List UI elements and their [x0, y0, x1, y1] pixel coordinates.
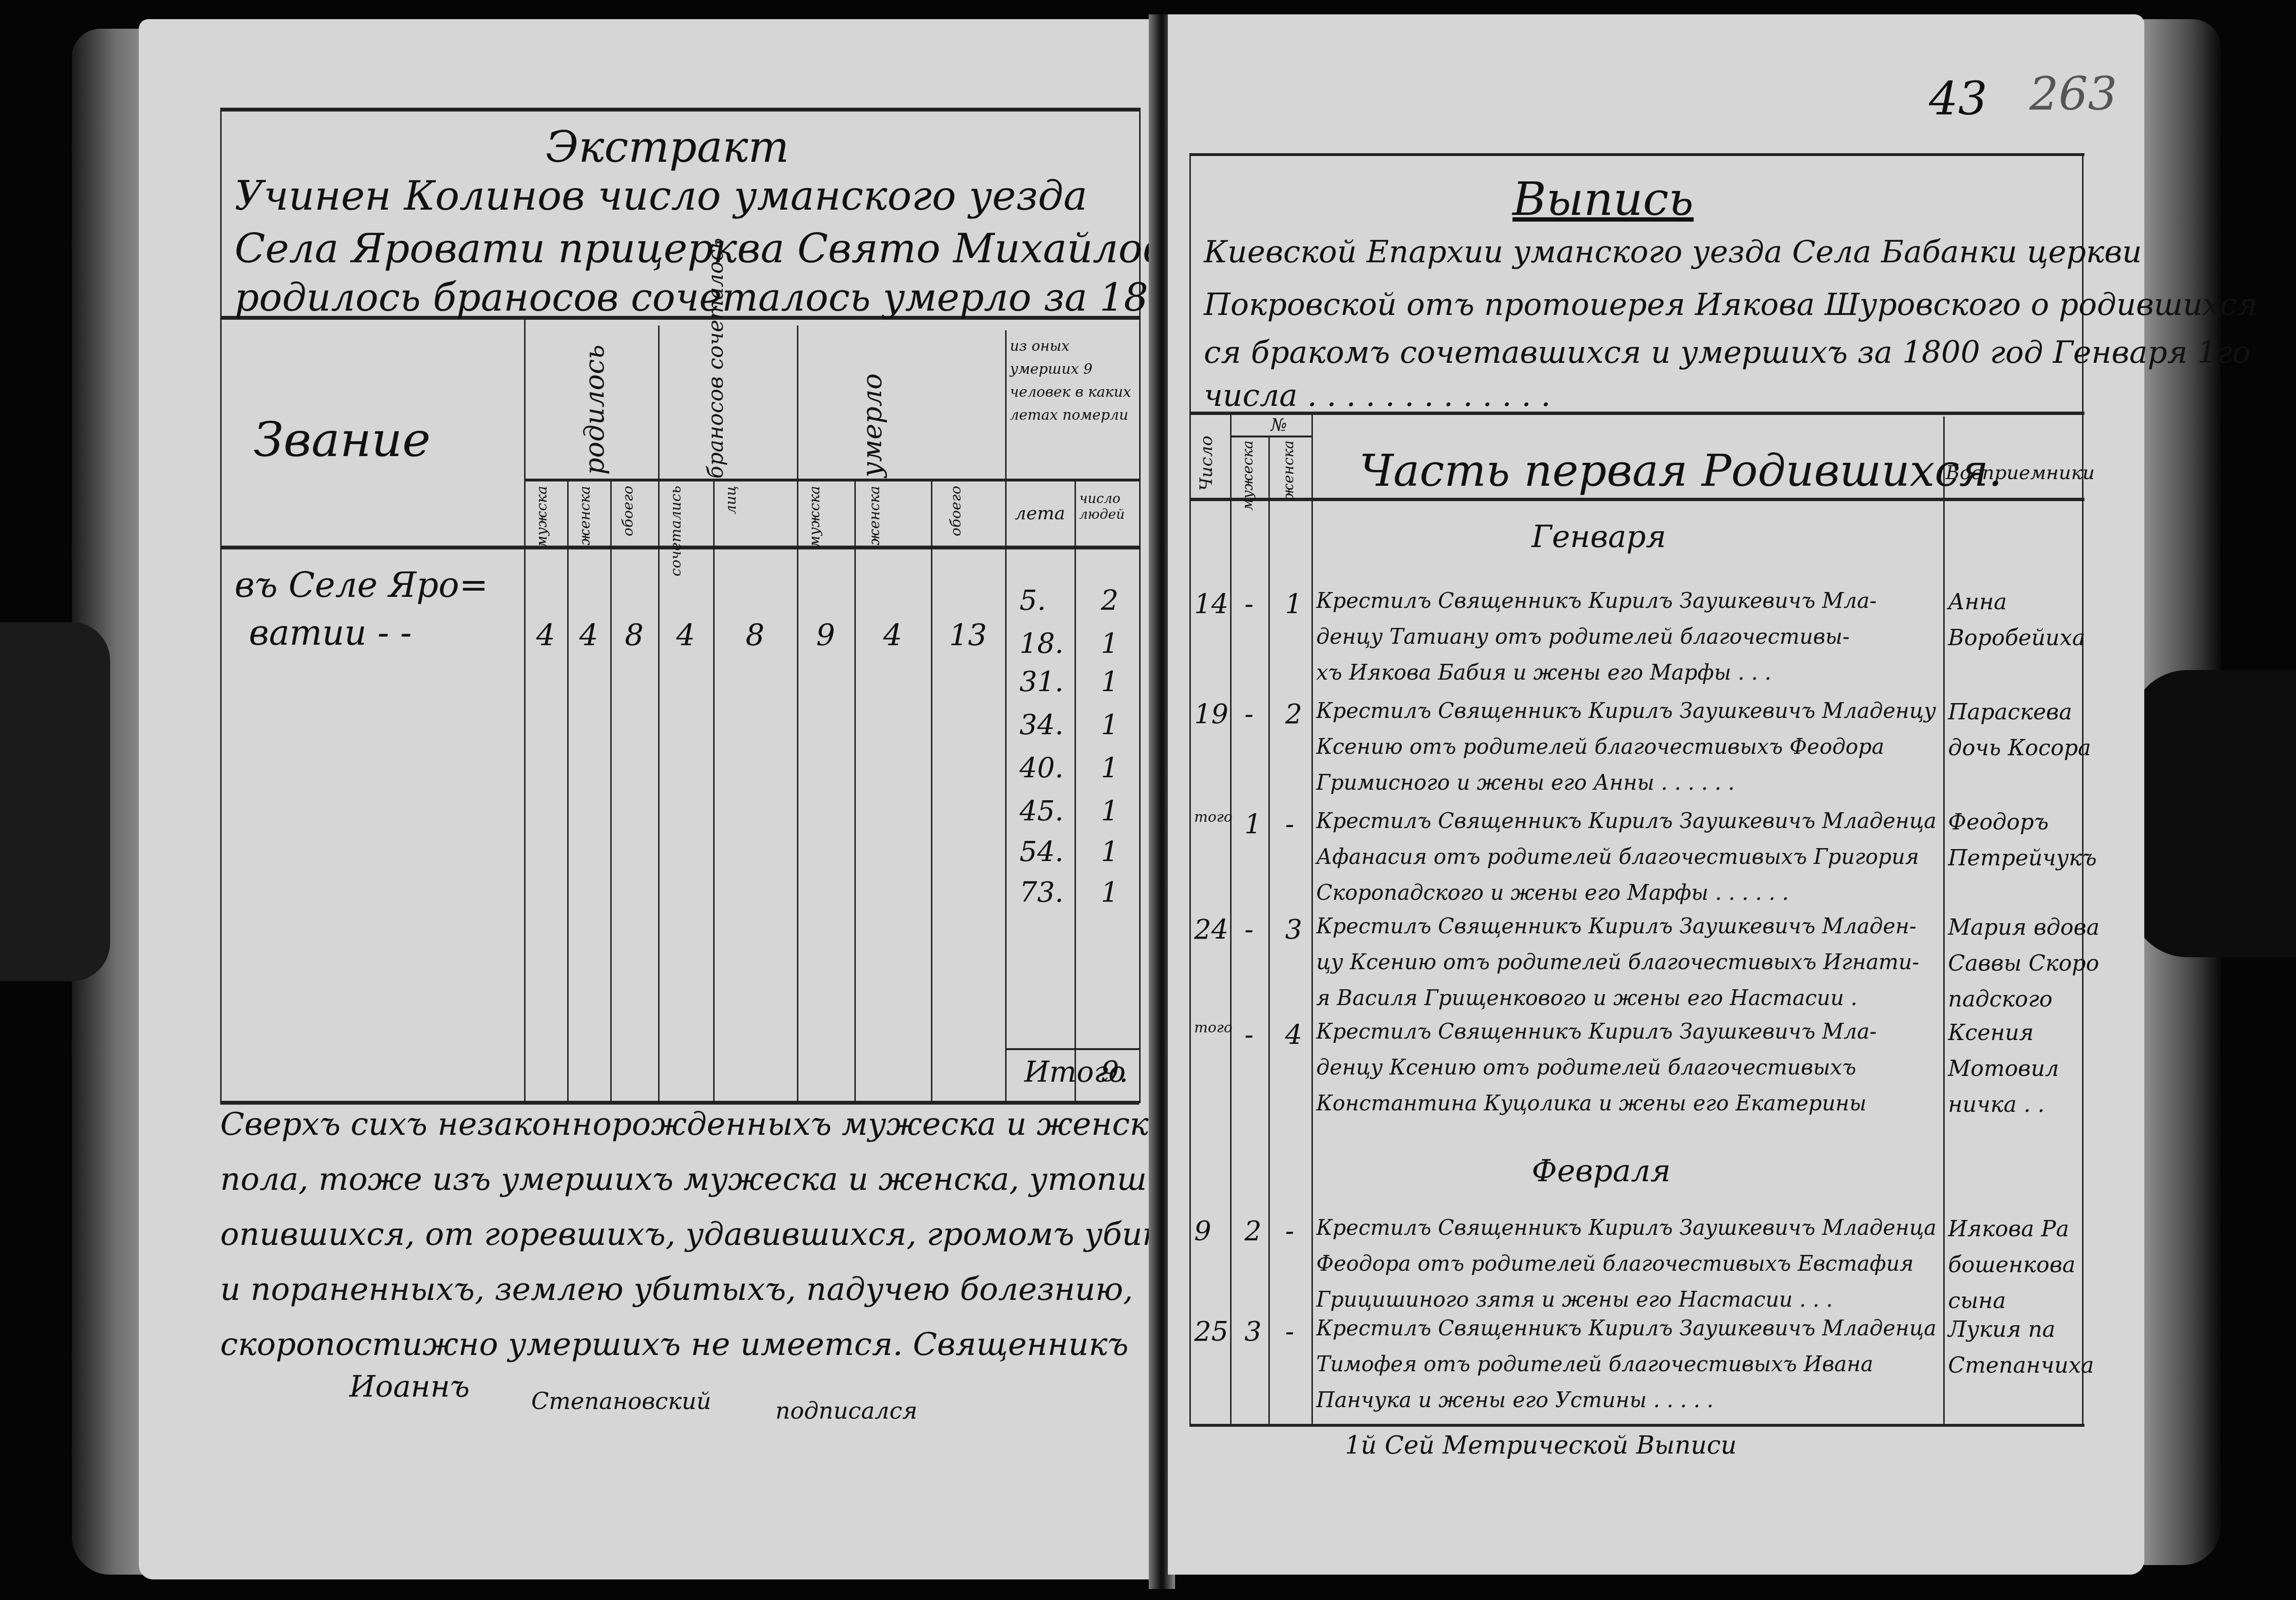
age-count: 1: [1101, 708, 1119, 741]
entry-day: 9: [1194, 1216, 1211, 1247]
entry-godparent-line: Иякова Ра: [1948, 1216, 2069, 1242]
died-female-value: 4: [854, 617, 931, 652]
subheader-died-male: мужска: [806, 486, 823, 548]
age-years: 5.: [1019, 584, 1046, 616]
header-female: женска: [1280, 440, 1297, 500]
entry-male-number: 1: [1244, 809, 1262, 840]
entry-female-number: 3: [1285, 914, 1302, 945]
title-line-2: Покровской отъ протоиерея Иякова Шуровск…: [1204, 287, 2257, 323]
subheader-died-female: женска: [866, 486, 883, 545]
subheader-count: число людей: [1079, 491, 1137, 522]
binding-clip-left: [0, 622, 110, 981]
entry-day: 25: [1194, 1316, 1228, 1347]
entry-male-number: 3: [1244, 1316, 1262, 1347]
title-line-1: Учинен Колинов число уманского уезда: [235, 172, 1087, 219]
title-line-3: родилось браносов сочеталось умерло за 1…: [235, 275, 1276, 320]
entry-text-line: денцу Ксению отъ родителей благочестивых…: [1316, 1055, 1856, 1080]
note-line-1: Сверхъ сихъ незаконнорожденныхъ мужеска …: [220, 1106, 1167, 1142]
born-header: родилось: [579, 345, 610, 475]
header-bottom-line: [1189, 498, 2084, 501]
total-value: 9.: [1101, 1055, 1128, 1089]
entry-godparent-line: падского: [1948, 986, 2052, 1012]
age-count: 1: [1101, 665, 1119, 698]
col-line: [713, 479, 715, 1103]
note-line-3: опившихся, от горевшихъ, удавившихся, гр…: [220, 1216, 1237, 1253]
col-line: [1230, 412, 1232, 1424]
entry-female-number: 2: [1285, 699, 1302, 730]
entry-female-number: -: [1285, 1216, 1294, 1247]
age-years: 34.: [1019, 708, 1064, 741]
married-header: браносов сочеталось: [704, 335, 728, 479]
entry-godparent-line: Саввы Скоро: [1948, 950, 2099, 976]
col-line: [1268, 436, 1270, 1424]
entry-text-line: денцу Татиану отъ родителей благочестивы…: [1316, 625, 1849, 649]
entry-text-line: Крестилъ Священникъ Кирилъ Заушкевичъ Мл…: [1316, 1316, 1937, 1341]
entry-text-line: Константина Куцолика и жены его Екатерин…: [1316, 1091, 1867, 1116]
entry-female-number: 4: [1285, 1019, 1302, 1051]
table-bottom-line: [220, 1101, 1139, 1105]
note-line-5: скоропостижно умершихъ не имеется. Свяще…: [220, 1326, 1129, 1363]
col-line: [524, 318, 526, 1103]
entry-godparent-line: ничка . .: [1948, 1091, 2045, 1117]
entry-text-line: Крестилъ Священникъ Кирилъ Заушкевичъ Мл…: [1316, 809, 1937, 833]
title-line-1: Киевской Епархии уманского уезда Села Ба…: [1204, 235, 2142, 270]
died-male-value: 9: [797, 617, 854, 652]
born-male-value: 4: [524, 617, 567, 652]
col-line: [1005, 330, 1007, 1103]
godparents-header: Восприемники: [1946, 462, 2095, 484]
entry-text-line: Тимофея отъ родителей благочестивыхъ Ива…: [1316, 1352, 1873, 1376]
ages-header: из оных умерших 9 человек в каких летах …: [1010, 335, 1134, 427]
age-count: 2: [1101, 584, 1119, 616]
age-count: 1: [1101, 835, 1119, 868]
col-line: [1311, 412, 1313, 1424]
age-years: 45.: [1019, 794, 1064, 827]
age-count: 1: [1101, 876, 1119, 908]
signature-signed: подписался: [775, 1398, 918, 1424]
entry-text-line: Крестилъ Священникъ Кирилъ Заушкевичъ Мл…: [1316, 589, 1877, 613]
title-line-2: Села Яровати прицерква Свято Михайловско…: [235, 225, 1263, 272]
age-count: 1: [1101, 627, 1119, 660]
entry-godparent-line: Ксения: [1948, 1019, 2034, 1045]
entry-day: того: [1194, 1019, 1232, 1036]
archive-folio-number: 263: [2029, 67, 2117, 121]
entry-male-number: -: [1244, 699, 1254, 730]
signature-surname: Степановский: [531, 1388, 711, 1415]
col-line: [1075, 479, 1076, 1103]
married-persons-value: 8: [713, 617, 797, 652]
entry-female-number: 1: [1285, 589, 1302, 620]
month-heading: Февраля: [1532, 1153, 1671, 1189]
extract-heading: Экстракт: [546, 122, 789, 172]
frame-left-line: [1189, 153, 1191, 1426]
entry-text-line: Скоропадского и жены его Марфы . . . . .…: [1316, 881, 1789, 905]
title-line-4: числа . . . . . . . . . . . . .: [1204, 378, 1551, 414]
entry-text-line: Грицишиного зятя и жены его Настасии . .…: [1316, 1287, 1833, 1312]
vypis-heading: Выпись: [1512, 172, 1693, 226]
age-years: 40.: [1019, 751, 1064, 784]
entry-text-line: Гримисного и жены его Анны . . . . . .: [1316, 771, 1735, 795]
entry-godparent-line: Степанчиха: [1948, 1352, 2094, 1378]
frame-left-line: [220, 108, 222, 1103]
entry-text-line: я Василя Грищенкового и жены его Настаси…: [1316, 986, 1858, 1010]
binding-clip-right: [2130, 670, 2296, 957]
village-label-line-2: ватии - -: [249, 613, 412, 653]
subheader-male: мужска: [534, 486, 550, 548]
entry-godparent-line: Феодоръ: [1948, 809, 2049, 835]
subheader-both: обоего: [620, 486, 637, 536]
entry-day: того: [1194, 809, 1232, 826]
entry-male-number: -: [1244, 1019, 1254, 1051]
born-both-value: 8: [610, 617, 658, 652]
entry-godparent-line: Мария вдова: [1948, 914, 2100, 940]
part-one-heading: Часть первая Родившихся.: [1359, 445, 2003, 496]
entry-godparent-line: Воробейиха: [1948, 625, 2085, 650]
entry-text-line: Афанасия отъ родителей благочестивыхъ Гр…: [1316, 845, 1919, 869]
subheader-died-both: обоего: [948, 486, 964, 536]
entry-text-line: цу Ксению отъ родителей благочестивыхъ И…: [1316, 950, 1919, 974]
entry-male-number: -: [1244, 914, 1254, 945]
died-header: умерло: [857, 373, 888, 477]
entry-godparent-line: Петрейчукъ: [1948, 845, 2097, 871]
header-male: мужеска: [1240, 440, 1256, 511]
col-line: [610, 479, 612, 1103]
entry-godparent-line: дочь Косора: [1948, 735, 2091, 761]
entry-female-number: -: [1285, 1316, 1294, 1347]
entry-godparent-line: Мотовил: [1948, 1055, 2059, 1081]
entry-godparent-line: Анна: [1948, 589, 2007, 615]
table-bottom-line: [1189, 1424, 2084, 1427]
entry-godparent-line: бошенкова: [1948, 1252, 2075, 1277]
folio-number: 43: [1929, 72, 1987, 125]
left-page: Экстракт Учинен Колинов число уманского …: [139, 19, 1158, 1579]
header-day: Число: [1197, 436, 1216, 491]
entry-godparent-line: Параскева: [1948, 699, 2072, 725]
right-page: 43 263 Выпись Киевской Епархии уманского…: [1168, 14, 2144, 1575]
age-years: 18.: [1019, 627, 1064, 660]
note-line-4: и пораненныхъ, землею убитыхъ, падучею б…: [220, 1271, 1133, 1308]
born-female-value: 4: [567, 617, 610, 652]
married-value: 4: [658, 617, 713, 652]
entry-day: 24: [1194, 914, 1228, 945]
frame-top-line: [220, 108, 1139, 112]
entry-text-line: Феодора отъ родителей благочестивыхъ Евс…: [1316, 1252, 1914, 1276]
col-line: [567, 479, 569, 1103]
subheader-married: сочетались: [668, 486, 684, 576]
col-line: [797, 325, 798, 1103]
age-count: 1: [1101, 794, 1119, 827]
rank-header: Звание: [254, 412, 431, 468]
subheader-female: женска: [577, 486, 594, 545]
note-line-2: пола, тоже изъ умершихъ мужеска и женска…: [220, 1161, 1206, 1197]
col-line: [854, 479, 856, 1103]
title-line-3: ся бракомъ сочетавшихся и умершихъ за 18…: [1204, 335, 2251, 370]
died-both-value: 13: [931, 617, 1005, 652]
village-label-line-1: въ Селе Яро=: [235, 565, 488, 605]
entry-male-number: -: [1244, 589, 1254, 620]
col-line: [1943, 416, 1945, 1424]
entry-day: 14: [1194, 589, 1228, 620]
subheader-years: лета: [1015, 503, 1065, 524]
subheader-line: [524, 479, 1139, 481]
total-top-line: [1005, 1048, 1139, 1050]
signature-name: Иоаннъ: [349, 1369, 470, 1404]
entry-godparent-line: сына: [1948, 1287, 2006, 1313]
entry-day: 19: [1194, 699, 1228, 730]
frame-top-line: [1189, 153, 2084, 156]
age-years: 54.: [1019, 835, 1064, 868]
age-count: 1: [1101, 751, 1119, 784]
entry-text-line: Панчука и жены его Устины . . . . .: [1316, 1388, 1714, 1412]
subheader-persons: лиц: [723, 486, 739, 514]
age-years: 73.: [1019, 876, 1064, 908]
entry-text-line: Крестилъ Священникъ Кирилъ Заушкевичъ Мл…: [1316, 699, 1936, 723]
entry-godparent-line: Лукия па: [1948, 1316, 2055, 1342]
entry-male-number: 2: [1244, 1216, 1262, 1247]
header-number: №: [1271, 415, 1287, 435]
footer-note: 1й Сей Метрической Выписи: [1345, 1431, 1737, 1460]
col-line: [931, 479, 932, 1103]
entry-female-number: -: [1285, 809, 1294, 840]
entry-text-line: хъ Иякова Бабия и жены его Марфы . . .: [1316, 660, 1771, 685]
entry-text-line: Крестилъ Священникъ Кирилъ Заушкевичъ Мл…: [1316, 1216, 1937, 1240]
entry-text-line: Ксению отъ родителей благочестивыхъ Феод…: [1316, 735, 1884, 759]
entry-text-line: Крестилъ Священникъ Кирилъ Заушкевичъ Мл…: [1316, 1019, 1877, 1044]
col-line: [658, 325, 660, 1103]
month-heading: Генваря: [1532, 519, 1666, 555]
col-group-line: [1230, 436, 1311, 437]
age-years: 31.: [1019, 665, 1064, 698]
entry-text-line: Крестилъ Священникъ Кирилъ Заушкевичъ Мл…: [1316, 914, 1916, 939]
